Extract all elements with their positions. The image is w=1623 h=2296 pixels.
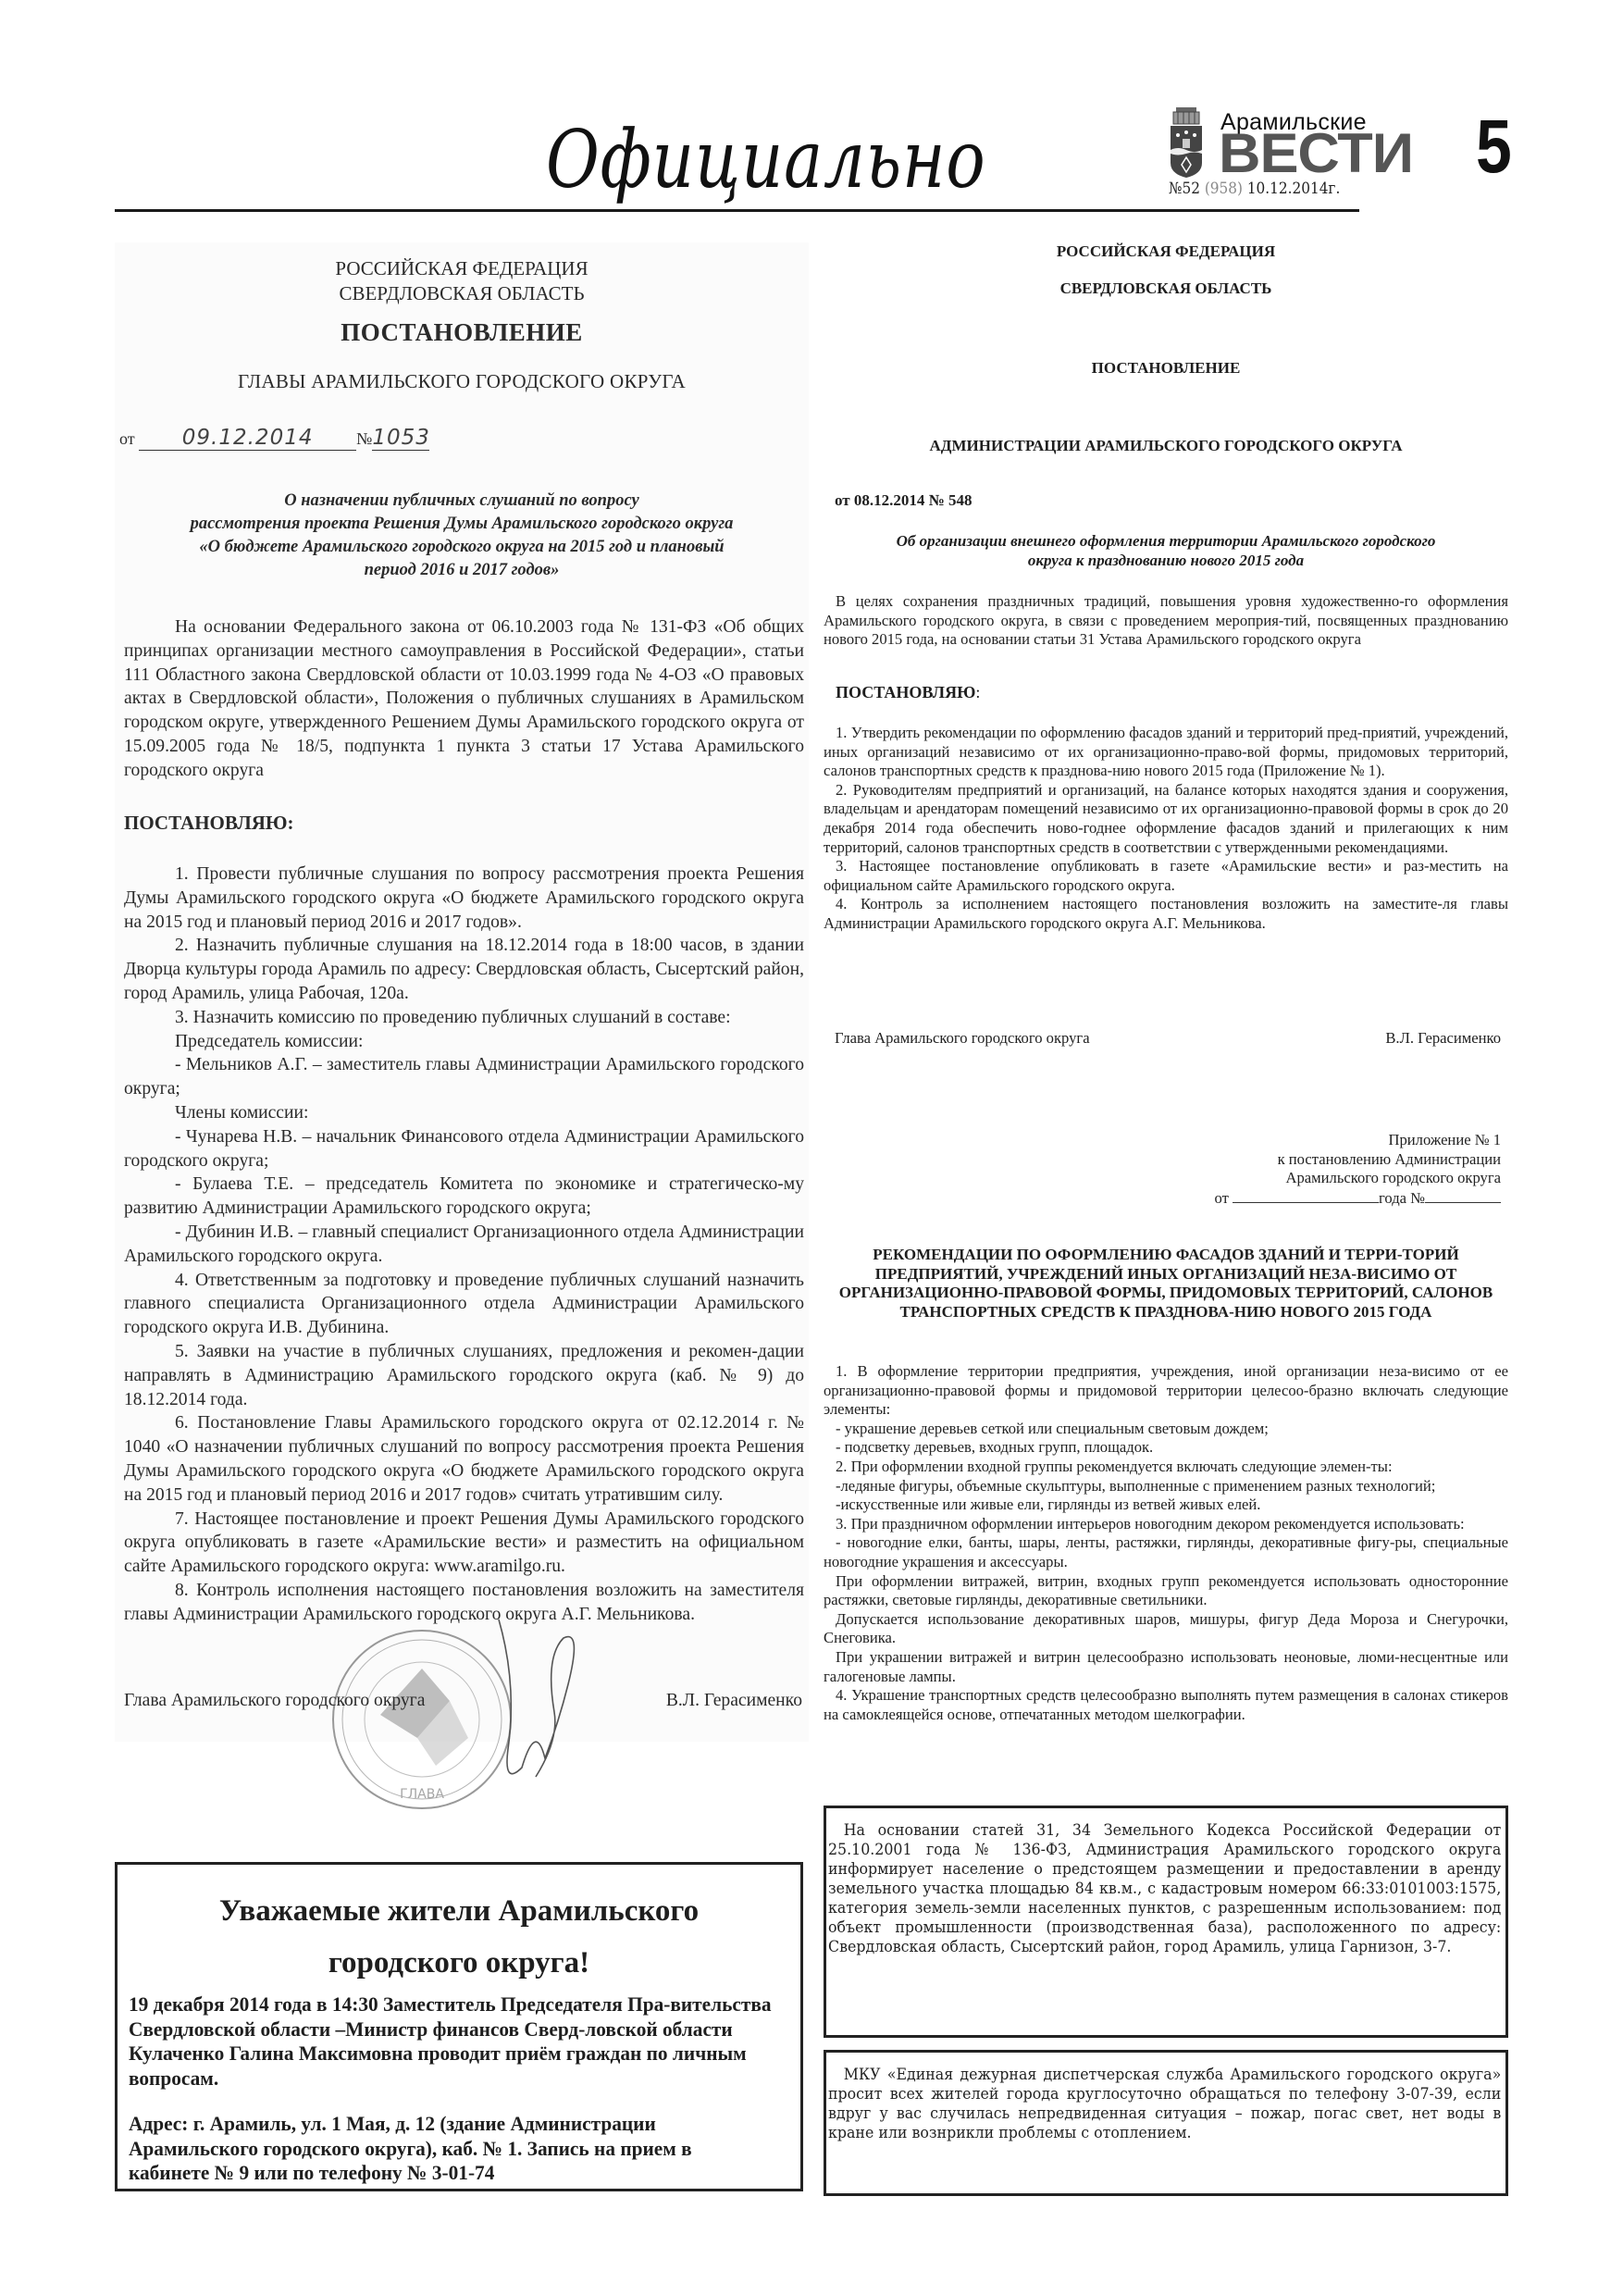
- subject-line: Об организации внешнего оформления терри…: [824, 531, 1508, 551]
- decree-item: 7. Настоящее постановление и проект Реше…: [124, 1508, 804, 1579]
- notice-body: 19 декабря 2014 года в 14:30 Заместитель…: [129, 1992, 774, 2091]
- right-country: РОССИЙСКАЯ ФЕДЕРАЦИЯ: [824, 242, 1508, 261]
- right-doc-issuer: АДМИНИСТРАЦИИ АРАМИЛЬСКОГО ГОРОДСКОГО ОК…: [824, 437, 1508, 455]
- left-date-line: от 09.12.2014№1053: [119, 426, 429, 451]
- left-doc-subject: О назначении публичных слушаний по вопро…: [115, 490, 809, 582]
- coat-of-arms-icon: [1169, 107, 1204, 180]
- recommendation-item: При оформлении витражей, витрин, входных…: [824, 1572, 1508, 1610]
- number-prefix: №: [356, 429, 372, 448]
- decree-word: ПОСТАНОВЛЯЮ: [836, 683, 975, 701]
- right-signature-line: Глава Арамильского городского округа В.Л…: [835, 1029, 1501, 1048]
- signature-title: Глава Арамильского городского округа: [835, 1029, 1090, 1047]
- citizens-reception-notice: Уважаемые жители Арамильского городского…: [115, 1862, 803, 2191]
- signature-name: В.Л. Герасименко: [1385, 1029, 1501, 1048]
- decree-item: 2. Руководителям предприятий и организац…: [824, 781, 1508, 857]
- decree-item: 4. Контроль за исполнением настоящего по…: [824, 895, 1508, 933]
- recommendations-body: 1. В оформление территории предприятия, …: [824, 1362, 1508, 1724]
- left-country: РОССИЙСКАЯ ФЕДЕРАЦИЯ: [115, 256, 809, 281]
- recommendation-item: 2. При оформлении входной группы рекомен…: [824, 1458, 1508, 1477]
- appendix-date-line: от года №: [1018, 1188, 1501, 1209]
- left-decree-items: 1. Провести публичные слушания по вопрос…: [124, 863, 804, 1627]
- decree-item: - Булаева Т.Е. – председатель Комитета п…: [124, 1173, 804, 1221]
- right-preamble: В целях сохранения праздничных традиций,…: [824, 592, 1508, 650]
- right-doc-subject: Об организации внешнего оформления терри…: [824, 531, 1508, 570]
- appendix-number-blank: [1425, 1188, 1501, 1203]
- appendix-year-word: года №: [1379, 1189, 1425, 1207]
- left-doc-title: ПОСТАНОВЛЕНИЕ: [115, 318, 809, 347]
- signature-title: Глава Арамильского городского округа: [124, 1691, 425, 1710]
- page-number: 5: [1476, 109, 1512, 185]
- preamble-text: В целях сохранения праздничных традиций,…: [824, 592, 1508, 650]
- notice-address: Адрес: г. Арамиль, ул. 1 Мая, д. 12 (зда…: [129, 2112, 774, 2186]
- decree-item: Председатель комиссии:: [124, 1030, 804, 1054]
- left-doc-issuer: ГЛАВЫ АРАМИЛЬСКОГО ГОРОДСКОГО ОКРУГА: [115, 370, 809, 393]
- preamble-text: На основании Федерального закона от 06.1…: [124, 615, 804, 783]
- land-lease-notice: На основании статей 31, 34 Земельного Ко…: [824, 1806, 1508, 2038]
- decree-item: 1. Утвердить рекомендации по оформлению …: [824, 724, 1508, 781]
- right-decree-word: ПОСТАНОВЛЯЮ:: [836, 683, 980, 702]
- right-doc-title: ПОСТАНОВЛЕНИЕ: [824, 359, 1508, 378]
- emergency-service-notice: МКУ «Единая дежурная диспетчерская служб…: [824, 2050, 1508, 2196]
- left-header-block: РОССИЙСКАЯ ФЕДЕРАЦИЯ СВЕРДЛОВСКАЯ ОБЛАСТ…: [115, 256, 809, 306]
- decree-item: 3. Настоящее постановление опубликовать …: [824, 857, 1508, 895]
- issue-number: №52: [1169, 180, 1200, 198]
- decree-item: - Дубинин И.В. – главный специалист Орга…: [124, 1221, 804, 1269]
- decree-item: 4. Ответственным за подготовку и проведе…: [124, 1269, 804, 1340]
- date-prefix: от: [119, 429, 135, 448]
- decree-item: 2. Назначить публичные слушания на 18.12…: [124, 934, 804, 1005]
- decree-item: 1. Провести публичные слушания по вопрос…: [124, 863, 804, 934]
- recommendation-item: -искусственные или живые ели, гирлянды и…: [824, 1496, 1508, 1515]
- newspaper-logo[interactable]: Арамильские ВЕСТИ №52 (958) 10.12.2014г.: [1163, 104, 1413, 205]
- subject-line: О назначении публичных слушаний по вопро…: [115, 490, 809, 513]
- section-title: Официально: [546, 120, 986, 200]
- subject-line: «О бюджете Арамильского городского округ…: [115, 536, 809, 559]
- decree-item: 5. Заявки на участие в публичных слушани…: [124, 1340, 804, 1411]
- appendix-line: к постановлению Администрации: [1018, 1150, 1501, 1170]
- recommendation-item: - новогодние елки, банты, шары, ленты, р…: [824, 1533, 1508, 1571]
- notice-title: Уважаемые жители Арамильского городского…: [118, 1885, 800, 1989]
- handwritten-number: 1053: [372, 426, 429, 451]
- recommendation-item: 3. При праздничном оформлении интерьеров…: [824, 1515, 1508, 1534]
- subject-line: рассмотрения проекта Решения Думы Арамил…: [115, 513, 809, 536]
- subject-line: округа к празднованию нового 2015 года: [824, 551, 1508, 570]
- decree-item: 8. Контроль исполнения настоящего постан…: [124, 1579, 804, 1627]
- newspaper-name-main: ВЕСТИ: [1219, 126, 1413, 181]
- signature-name: В.Л. Герасименко: [666, 1691, 802, 1711]
- recommendation-item: 1. В оформление территории предприятия, …: [824, 1362, 1508, 1420]
- left-signature-line: Глава Арамильского городского округа В.Л…: [124, 1691, 804, 1711]
- appendix-date-blank: [1233, 1188, 1379, 1203]
- recommendation-item: Допускается использование декоративных ш…: [824, 1610, 1508, 1648]
- decree-item: Члены комиссии:: [124, 1101, 804, 1125]
- notice-title-line: городского округа!: [118, 1937, 800, 1989]
- recommendation-item: - украшение деревьев сеткой или специаль…: [824, 1420, 1508, 1439]
- recommendation-item: - подсветку деревьев, входных групп, пло…: [824, 1438, 1508, 1458]
- right-doc-date-number: от 08.12.2014 № 548: [835, 491, 972, 510]
- left-decree-scan: РОССИЙСКАЯ ФЕДЕРАЦИЯ СВЕРДЛОВСКАЯ ОБЛАСТ…: [115, 242, 809, 1742]
- land-notice-text: На основании статей 31, 34 Земельного Ко…: [828, 1821, 1501, 1957]
- decree-colon: :: [975, 683, 980, 701]
- appendix-line: Арамильского городского округа: [1018, 1169, 1501, 1188]
- recommendation-item: 4. Украшение транспортных средств целесо…: [824, 1686, 1508, 1724]
- appendix-line: Приложение № 1: [1018, 1131, 1501, 1150]
- left-region: СВЕРДЛОВСКАЯ ОБЛАСТЬ: [115, 281, 809, 306]
- right-region: СВЕРДЛОВСКАЯ ОБЛАСТЬ: [824, 279, 1508, 298]
- decree-item: - Чунарева Н.В. – начальник Финансового …: [124, 1125, 804, 1173]
- subject-line: период 2016 и 2017 годов»: [115, 559, 809, 582]
- notice-title-line: Уважаемые жители Арамильского: [118, 1885, 800, 1937]
- edds-notice-text: МКУ «Единая дежурная диспетчерская служб…: [828, 2066, 1501, 2143]
- appendix-reference: Приложение № 1 к постановлению Администр…: [1018, 1131, 1501, 1208]
- decree-item: 6. Постановление Главы Арамильского горо…: [124, 1411, 804, 1507]
- appendix-date-prefix: от: [1215, 1189, 1229, 1207]
- decree-item: - Мельников А.Г. – заместитель главы Адм…: [124, 1053, 804, 1101]
- svg-text:ГЛАВА: ГЛАВА: [400, 1787, 444, 1802]
- left-preamble: На основании Федерального закона от 06.1…: [124, 615, 804, 783]
- left-decree-word: ПОСТАНОВЛЯЮ:: [124, 812, 294, 835]
- recommendation-item: -ледяные фигуры, объемные скульптуры, вы…: [824, 1477, 1508, 1496]
- recommendation-item: При украшении витражей и витрин целесооб…: [824, 1648, 1508, 1686]
- issue-line: №52 (958) 10.12.2014г.: [1169, 180, 1340, 198]
- issue-date: 10.12.2014г.: [1247, 180, 1340, 198]
- handwritten-date: 09.12.2014: [139, 426, 356, 451]
- decree-item: 3. Назначить комиссию по проведению публ…: [124, 1006, 804, 1030]
- recommendations-title: РЕКОМЕНДАЦИИ ПО ОФОРМЛЕНИЮ ФАСАДОВ ЗДАНИ…: [824, 1246, 1508, 1322]
- issue-total: (958): [1205, 180, 1243, 198]
- right-decree-items: 1. Утвердить рекомендации по оформлению …: [824, 724, 1508, 934]
- header-rule: [115, 209, 1359, 212]
